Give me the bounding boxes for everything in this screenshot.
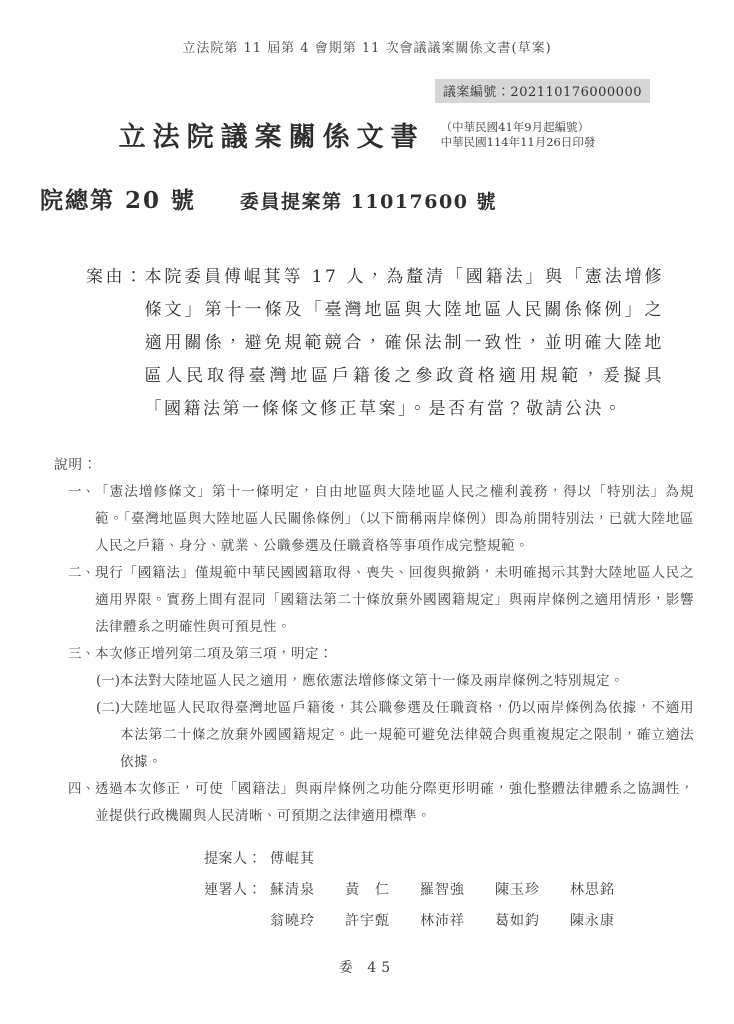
bill-number-value: 202110176000000 <box>510 85 642 100</box>
proposer-name: 傅崐萁 <box>270 844 315 875</box>
proposer-label: 提案人： <box>204 844 270 875</box>
case-section: 案由： 本院委員傅崐萁等 17 人，為釐清「國籍法」與「憲法增修條文」第十一條及… <box>86 261 664 426</box>
cosigner-name: 葛如鈞 <box>495 906 540 937</box>
case-text: 本院委員傅崐萁等 17 人，為釐清「國籍法」與「憲法增修條文」第十一條及「臺灣地… <box>145 261 665 426</box>
cosigner-name: 翁曉玲 <box>270 906 315 937</box>
item-1-text: 「憲法增修條文」第十一條明定，自由地區與大陸地區人民之權利義務，得以「特別法」為… <box>95 479 694 560</box>
docket-row: 院總第 20 號 委員提案第 11017600 號 <box>0 182 734 215</box>
cosigner-names-row-2: 翁曉玲 許宇甄 林沛祥 葛如鈞 陳永康 <box>270 906 615 937</box>
title-note-line2: 中華民國114年11月26日印發 <box>441 135 596 150</box>
title-note: （中華民國41年9月起編號） 中華民國114年11月26日印發 <box>441 120 596 150</box>
cosigner-label: 連署人： <box>204 875 270 906</box>
bill-number-label: 議案編號： <box>443 85 511 100</box>
explanation-label: 說明： <box>54 452 694 479</box>
item-4-label: 四、 <box>68 776 95 830</box>
item-3-text: 本次修正增列第二項及第三項，明定： <box>95 641 694 668</box>
document-header-line: 立法院第 11 屆第 4 會期第 11 次會議議案關係文書(草案) <box>0 0 734 56</box>
subitem-3-2-label: (二) <box>96 695 120 776</box>
page-number: 委 45 <box>0 957 734 977</box>
subitem-3-1-text: 本法對大陸地區人民之適用，應依憲法增修條文第十一條及兩岸條例之特別規定。 <box>120 668 694 695</box>
cosigner-name: 陳玉珍 <box>495 875 540 906</box>
explanation-subitem-3-1: (一) 本法對大陸地區人民之適用，應依憲法增修條文第十一條及兩岸條例之特別規定。 <box>96 668 694 695</box>
case-label: 案由： <box>86 261 145 426</box>
cosigner-name: 林沛祥 <box>420 906 465 937</box>
cosigner-row-2: 翁曉玲 許宇甄 林沛祥 葛如鈞 陳永康 <box>204 906 734 937</box>
subitem-3-2-text: 大陸地區人民取得臺灣地區戶籍後，其公職參選及任職資格，仍以兩岸條例為依據，不適用… <box>120 695 694 776</box>
item-3-label: 三、 <box>68 641 95 668</box>
explanation-section: 說明： 一、 「憲法增修條文」第十一條明定，自由地區與大陸地區人民之權利義務，得… <box>54 452 694 830</box>
document-page: 立法院第 11 屆第 4 會期第 11 次會議議案關係文書(草案) 議案編號：2… <box>0 0 734 1024</box>
bill-number-row: 議案編號：202110176000000 <box>0 79 734 103</box>
title-row: 立法院議案關係文書 （中華民國41年9月起編號） 中華民國114年11月26日印… <box>0 115 734 154</box>
cosigner-name: 林思銘 <box>570 875 615 906</box>
cosigner-name: 許宇甄 <box>345 906 390 937</box>
item-2-label: 二、 <box>68 560 95 641</box>
title-note-line1: （中華民國41年9月起編號） <box>441 120 596 135</box>
explanation-item-1: 一、 「憲法增修條文」第十一條明定，自由地區與大陸地區人民之權利義務，得以「特別… <box>68 479 694 560</box>
cosigner-name: 陳永康 <box>570 906 615 937</box>
yuan-docket-number: 院總第 20 號 <box>40 182 196 215</box>
cosigner-name: 羅智強 <box>420 875 465 906</box>
item-2-text: 現行「國籍法」僅規範中華民國國籍取得、喪失、回復與撤銷，未明確揭示其對大陸地區人… <box>95 560 694 641</box>
member-proposal-number: 委員提案第 11017600 號 <box>240 187 497 214</box>
signatures-section: 提案人： 傅崐萁 連署人： 蘇清泉 黃 仁 羅智強 陳玉珍 林思銘 翁曉玲 許宇… <box>204 844 734 937</box>
proposer-row: 提案人： 傅崐萁 <box>204 844 734 875</box>
item-1-label: 一、 <box>68 479 95 560</box>
subitem-3-1-label: (一) <box>96 668 120 695</box>
explanation-item-3: 三、 本次修正增列第二項及第三項，明定： <box>68 641 694 668</box>
cosigner-name: 蘇清泉 <box>270 875 315 906</box>
cosigner-row-1: 連署人： 蘇清泉 黃 仁 羅智強 陳玉珍 林思銘 <box>204 875 734 906</box>
cosigner-names-row-1: 蘇清泉 黃 仁 羅智強 陳玉珍 林思銘 <box>270 875 615 906</box>
item-4-text: 透過本次修正，可使「國籍法」與兩岸條例之功能分際更形明確，強化整體法律體系之協調… <box>95 776 694 830</box>
bill-number-badge: 議案編號：202110176000000 <box>435 79 650 103</box>
explanation-item-2: 二、 現行「國籍法」僅規範中華民國國籍取得、喪失、回復與撤銷，未明確揭示其對大陸… <box>68 560 694 641</box>
document-title: 立法院議案關係文書 <box>119 115 425 154</box>
cosigner-name: 黃 仁 <box>345 875 390 906</box>
explanation-subitem-3-2: (二) 大陸地區人民取得臺灣地區戶籍後，其公職參選及任職資格，仍以兩岸條例為依據… <box>96 695 694 776</box>
explanation-item-4: 四、 透過本次修正，可使「國籍法」與兩岸條例之功能分際更形明確，強化整體法律體系… <box>68 776 694 830</box>
